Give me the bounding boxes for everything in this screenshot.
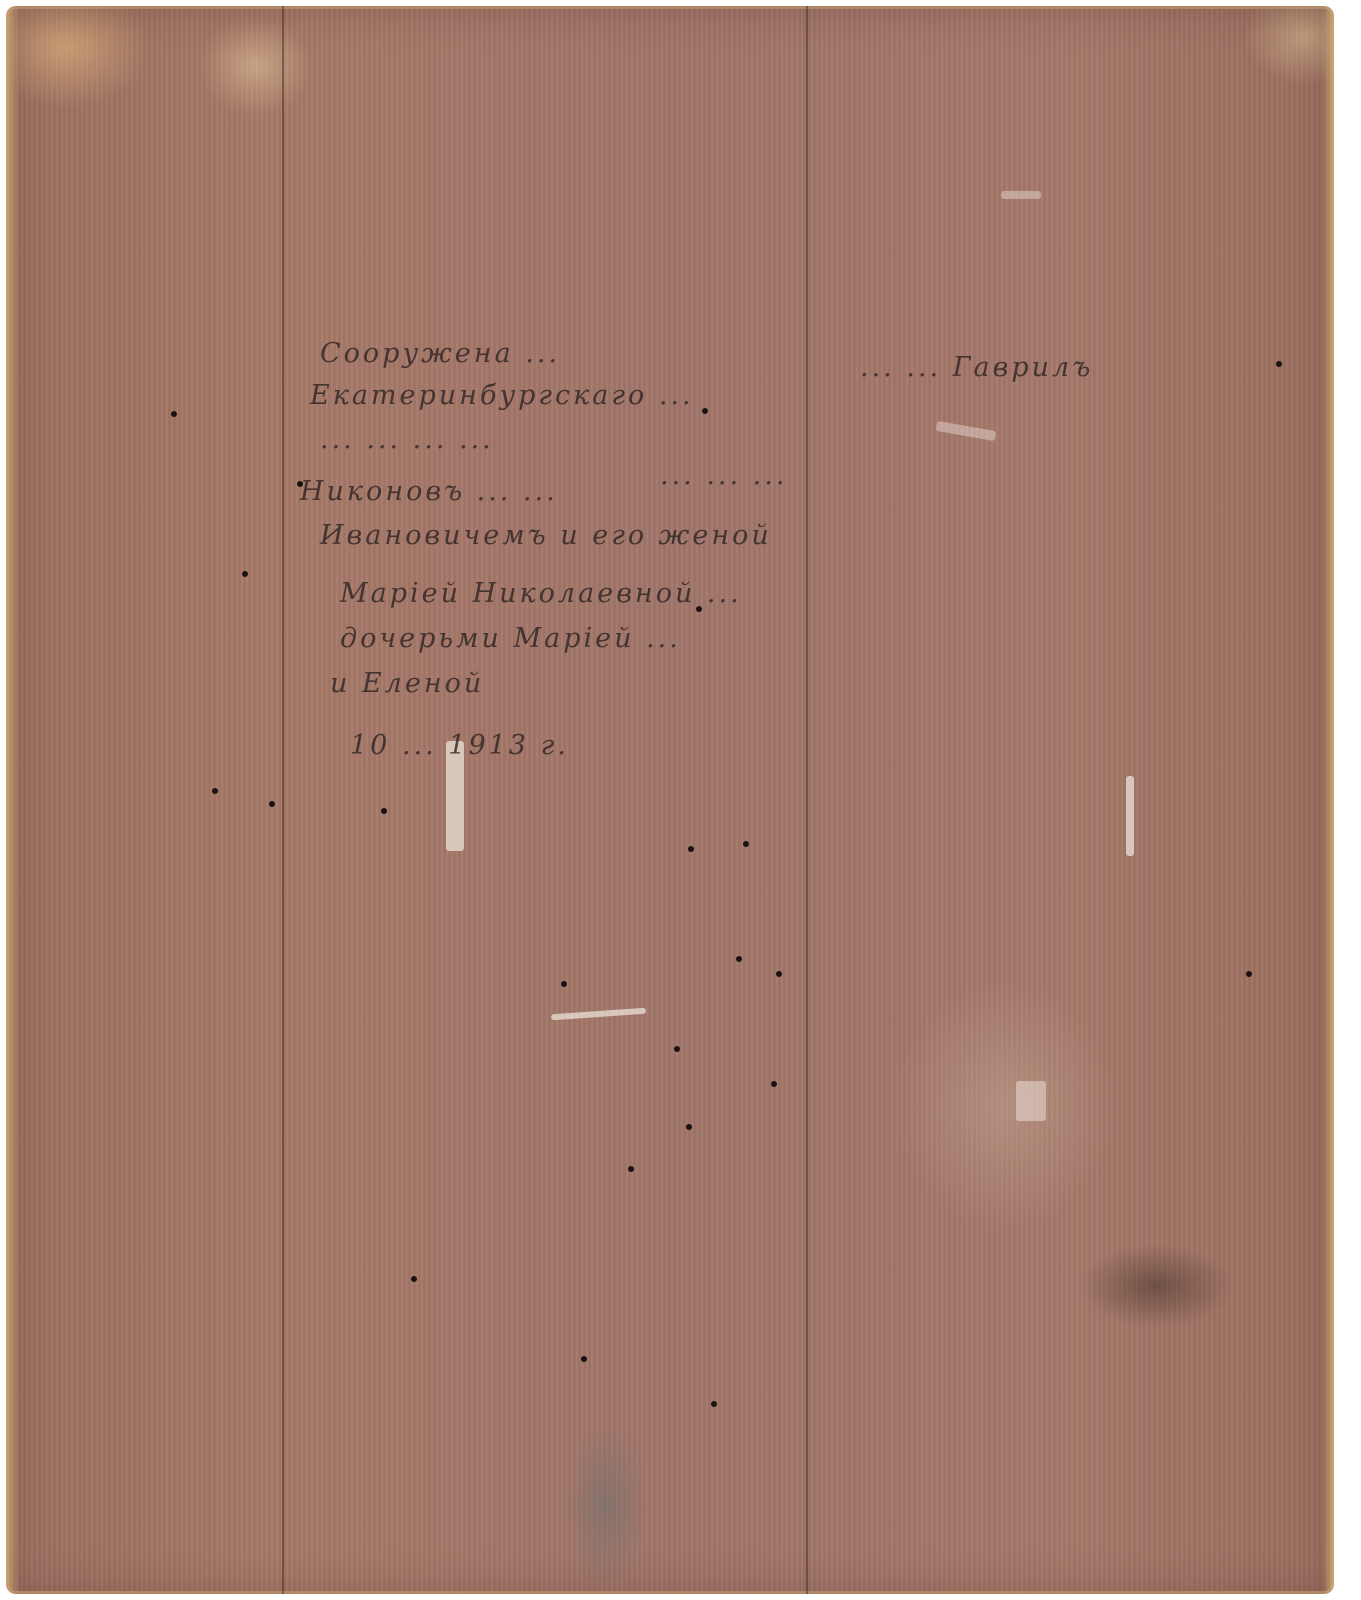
- worm-hole: [242, 571, 248, 577]
- worm-hole: [1246, 971, 1252, 977]
- worm-hole: [381, 808, 387, 814]
- inscription-line: ... ... ... ...: [320, 426, 494, 453]
- inscription-line: ... ... Гаврилъ: [860, 354, 1093, 381]
- worm-hole: [702, 408, 708, 414]
- inscription-line: ... ... ...: [660, 462, 787, 489]
- worm-hole: [171, 411, 177, 417]
- worm-hole: [771, 1081, 777, 1087]
- worm-hole: [269, 801, 275, 807]
- worm-hole: [1276, 361, 1282, 367]
- worm-hole: [674, 1046, 680, 1052]
- paint-loss: [1126, 776, 1134, 856]
- worm-hole: [711, 1401, 717, 1407]
- wooden-icon-panel-back: [6, 6, 1334, 1594]
- inscription-line: Марiей Николаевной ...: [340, 580, 742, 607]
- panel-right-edge: [1322, 6, 1334, 1594]
- paint-loss: [1001, 191, 1041, 199]
- inscription-line: Сооружена ...: [320, 340, 560, 367]
- worm-hole: [561, 981, 567, 987]
- inscription-line: и Еленой: [330, 670, 484, 697]
- paint-loss: [936, 421, 997, 441]
- worm-hole: [686, 1124, 692, 1130]
- board-seam: [282, 6, 284, 1594]
- worm-hole: [411, 1276, 417, 1282]
- inscription-line: дочерьми Марiей ...: [340, 625, 681, 652]
- worm-hole: [688, 846, 694, 852]
- paint-loss: [551, 1008, 646, 1021]
- worm-hole: [581, 1356, 587, 1362]
- worm-hole: [776, 971, 782, 977]
- paint-loss: [1016, 1081, 1046, 1121]
- worm-hole: [743, 841, 749, 847]
- worm-hole: [628, 1166, 634, 1172]
- board-seam: [806, 6, 808, 1594]
- inscription-line: Екатеринбургскаго ...: [310, 382, 694, 409]
- inscription-line: Ивановичемъ и его женой: [320, 522, 772, 549]
- inscription-line: 10 ... 1913 г.: [350, 732, 569, 759]
- worm-hole: [212, 788, 218, 794]
- panel-left-edge: [6, 6, 20, 1594]
- worm-hole: [736, 956, 742, 962]
- inscription-line: Никоновъ ... ...: [300, 478, 558, 505]
